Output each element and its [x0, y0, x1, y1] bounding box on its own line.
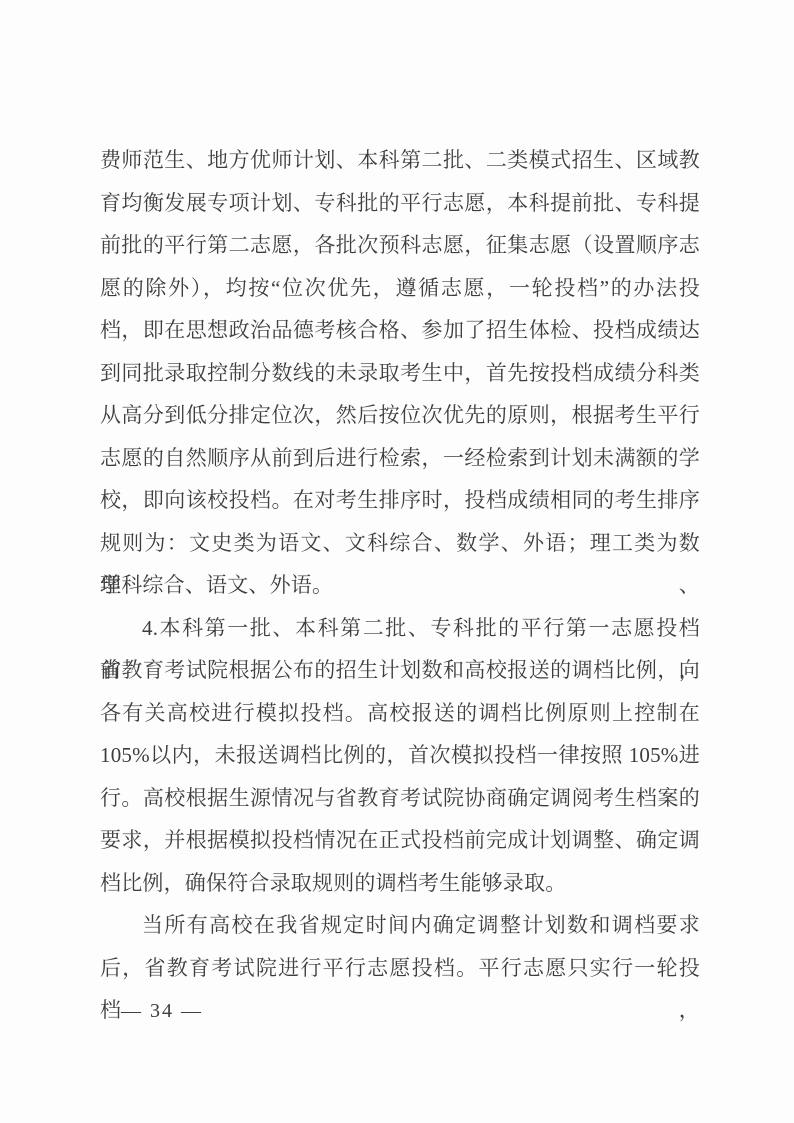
- text-line: 省教育考试院根据公布的招生计划数和高校报送的调档比例，向: [100, 649, 700, 692]
- body-text: 费师范生、地方优师计划、本科第二批、二类模式招生、区域教 育均衡发展专项计划、专…: [100, 139, 700, 989]
- text-line: 当所有高校在我省规定时间内确定调整计划数和调档要求: [100, 904, 700, 947]
- text-line: 愿的除外），均按“位次优先，遵循志愿，一轮投档”的办法投: [100, 267, 700, 310]
- text-line: 校，即向该校投档。在对考生排序时，投档成绩相同的考生排序: [100, 479, 700, 522]
- text-line: 档比例，确保符合录取规则的调档考生能够录取。: [100, 862, 700, 905]
- text-line: 档，即在思想政治品德考核合格、参加了招生体检、投档成绩达: [100, 309, 700, 352]
- text-line: 育均衡发展专项计划、专科批的平行志愿，本科提前批、专科提: [100, 182, 700, 225]
- page-number: — 34 —: [121, 997, 203, 1025]
- text-line: 行。高校根据生源情况与省教育考试院协商确定调阅考生档案的: [100, 777, 700, 820]
- text-line: 到同批录取控制分数线的未录取考生中，首先按投档成绩分科类: [100, 352, 700, 395]
- text-line: 后，省教育考试院进行平行志愿投档。平行志愿只实行一轮投档，: [100, 947, 700, 990]
- text-line: 各有关高校进行模拟投档。高校报送的调档比例原则上控制在: [100, 692, 700, 735]
- text-line: 4.本科第一批、本科第二批、专科批的平行第一志愿投档前，: [100, 607, 700, 650]
- text-line: 前批的平行第二志愿，各批次预科志愿，征集志愿（设置顺序志: [100, 224, 700, 267]
- text-line: 要求，并根据模拟投档情况在正式投档前完成计划调整、确定调: [100, 819, 700, 862]
- text-line: 从高分到低分排定位次，然后按位次优先的原则，根据考生平行: [100, 394, 700, 437]
- text-line: 105%以内，未报送调档比例的，首次模拟投档一律按照 105%进: [100, 734, 700, 777]
- text-line: 费师范生、地方优师计划、本科第二批、二类模式招生、区域教: [100, 139, 700, 182]
- document-page: 费师范生、地方优师计划、本科第二批、二类模式招生、区域教 育均衡发展专项计划、专…: [0, 0, 794, 1123]
- text-line: 志愿的自然顺序从前到后进行检索，一经检索到计划未满额的学: [100, 437, 700, 480]
- text-line: 规则为：文史类为语文、文科综合、数学、外语；理工类为数学、: [100, 522, 700, 565]
